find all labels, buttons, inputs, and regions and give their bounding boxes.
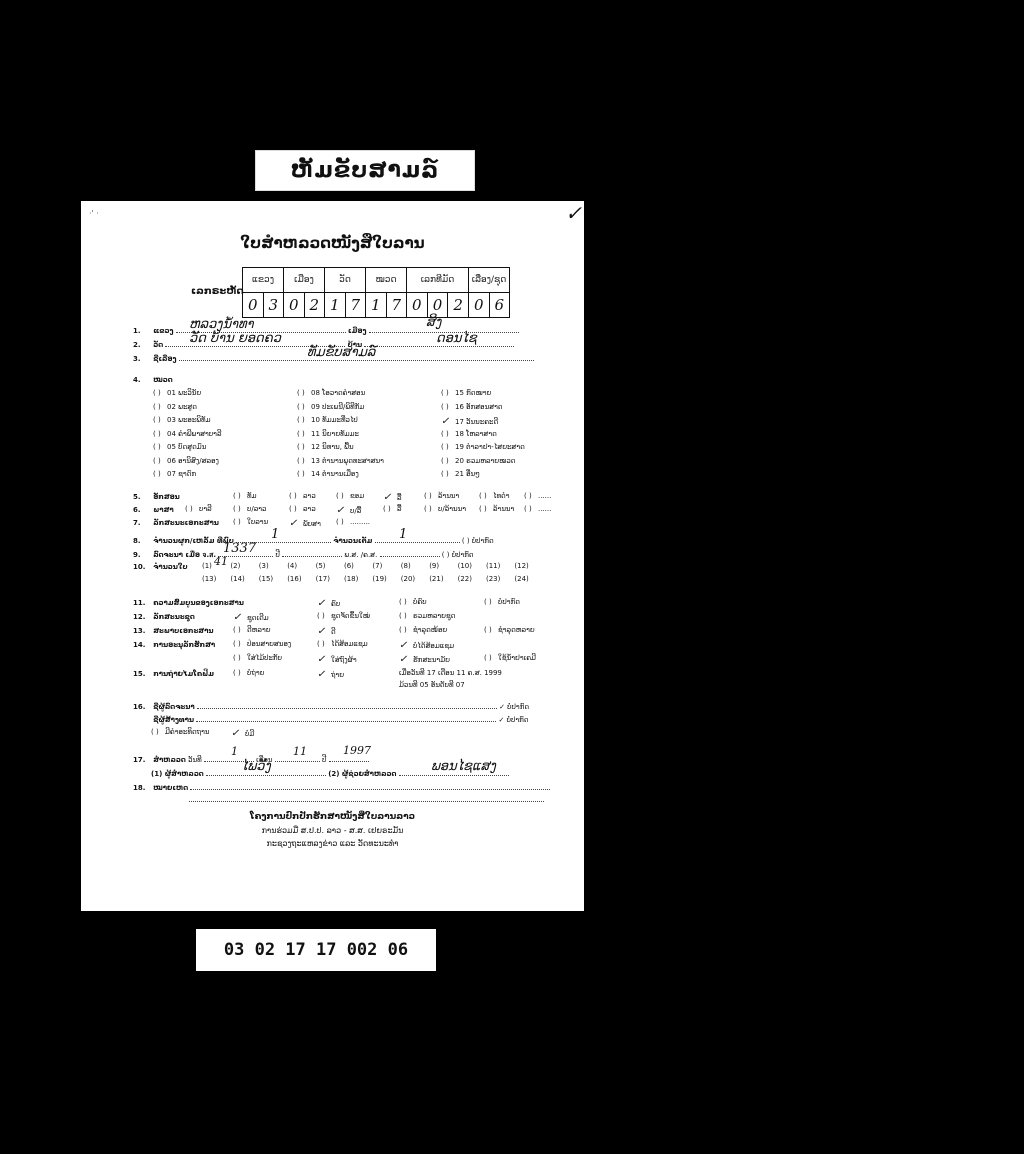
category-option[interactable]: ( )14 ຕຳນານເມືອງ — [297, 470, 359, 478]
checkbox-empty[interactable]: ( ) — [153, 403, 167, 411]
checkbox-empty[interactable]: ( ) — [484, 654, 498, 662]
material-option[interactable]: ✓ພັບສາ — [289, 518, 321, 529]
conservation-option[interactable]: ( )ປ່ອນສາຍສນອງ — [233, 640, 291, 648]
leaves-first-value: 41 — [214, 555, 228, 568]
option-label: ໃບລານ — [247, 518, 268, 526]
check-mark-icon[interactable]: ✓ — [231, 728, 245, 739]
checkbox-empty[interactable]: ( ) — [233, 626, 247, 634]
option-label: 20 ຣວມຫລາຍໝວດ — [455, 457, 515, 465]
field-author-row: 16. ຊື່ຜູ້ລົດຈະນາ ✓ ບໍ່ປາກົດ — [133, 701, 529, 711]
script-option[interactable]: ( )ໄທດຳ — [479, 492, 510, 500]
language-option[interactable]: ( )ລາວ — [289, 505, 316, 513]
category-option[interactable]: ( )10 ທັມມະທີ່ວໄປ — [297, 416, 358, 424]
script-option[interactable]: ( )ລາວ — [289, 492, 316, 500]
footer-cooperation: ການຮ່ວມມື ສ.ປ.ປ. ລາວ - ສ.ສ. ເຢຍຣະມັນ — [81, 824, 584, 837]
microfilm-date: ເມື່ອວັນທີ 17 ເດືອນ 11 ຄ.ສ. 1999 — [399, 669, 502, 677]
code-digit: 2 — [304, 293, 325, 318]
option-label: ລ້ານນາ — [438, 492, 459, 500]
field-donor-row: ຊື່ຜູ້ສ້າງທານ ✓ ບໍ່ປາກົດ — [133, 714, 529, 724]
year-label: ປີ — [276, 551, 280, 559]
form-footer: ໂຄງການປົກປັກຮັກສາໜັງສືໃບລານລາວ ການຮ່ວມມື… — [81, 811, 584, 850]
script-option[interactable]: ( )...... — [524, 492, 551, 500]
author-not-shown-option[interactable]: ✓ ບໍ່ປາກົດ — [499, 703, 529, 711]
category-option[interactable]: ( )03 ພະອະພິທັມ — [153, 416, 211, 424]
option-label: ຣວມຫລາຍຊຸດ — [413, 612, 455, 620]
checkbox-empty[interactable]: ( ) — [399, 598, 413, 606]
option-label: ມີຄຳອະທິດຖານ — [165, 728, 210, 736]
option-label: ຊຳລຸດໜ້ອຍ — [413, 626, 447, 634]
leaf-slot: (12) — [514, 562, 528, 570]
bottom-code-label: 03 02 17 17 002 06 — [196, 929, 436, 971]
option-label: 12 ນິທານ, ພື້ນ — [311, 443, 354, 451]
option-label: ຮັກສະນາມັຍ — [413, 656, 450, 664]
script-option[interactable]: ( )ທັມ — [233, 492, 257, 500]
conservation-option[interactable]: ( )ໃສ່ໄມ້ປະກັບ — [233, 654, 282, 662]
option-label: ບໍ່ຖ່າຍ — [247, 669, 264, 677]
leaves-label: ຈຳນວນໃບ — [153, 563, 187, 571]
checkbox-empty[interactable]: ( ) — [153, 416, 167, 424]
option-label: ໄທດຳ — [493, 492, 510, 500]
option-label: ໃສ່ຖົງຜ້າ — [331, 656, 357, 664]
footer-ministry: ກະຊວງຖະແຫລງຂ່າວ ແລະ ວັດທະນະທຳ — [81, 837, 584, 850]
leaf-slot: (2) — [230, 562, 240, 570]
category-option[interactable]: ( )18 ໂຫລາສາດ — [441, 430, 497, 438]
temple-value: ວັດ ບ້ານ ຍອດຄວ — [189, 331, 281, 346]
option-label: 08 ໂອວາດຄຳສອນ — [311, 389, 365, 397]
form-title: ໃບສຳຫລວດໜັງສືໃບລານ — [81, 234, 584, 252]
assistant-value: ພອນໄຊແສງ — [431, 759, 496, 774]
condition-option[interactable]: ( )ຊຳລຸດຫລາຍ — [484, 626, 535, 634]
checkbox-empty[interactable]: ( ) — [233, 518, 247, 526]
condition-option[interactable]: ( )ຊຳລຸດໜ້ອຍ — [399, 626, 447, 634]
code-digit: 0 — [243, 293, 264, 318]
option-label: ໄດ້ສ້ອມແຊມ — [331, 640, 368, 648]
surveyor-value: ໄພວັງ — [241, 759, 271, 774]
script-label: ອັກສອນ — [153, 493, 180, 501]
checkbox-empty[interactable]: ( ) — [524, 505, 538, 513]
checkbox-empty[interactable]: ( ) — [441, 430, 455, 438]
fascicles-found-label: ຈຳນວນຜູກ/ເຫລັ້ມ ທີ່ພົບ — [153, 537, 234, 545]
surveyor-label: (1) ຜູ້ສຳຫລວດ — [151, 770, 204, 778]
leaf-slot: (13) — [202, 575, 216, 583]
check-mark-icon[interactable]: ✓ — [383, 492, 397, 503]
set-type-option[interactable]: ✓ຊຸດເດີມ — [233, 612, 269, 623]
option-label: ບໍ່ໄດ້ສ້ອມແຊມ — [413, 642, 454, 650]
option-label: ບ/ລາວ — [247, 505, 266, 513]
checkbox-empty[interactable]: ( ) — [297, 443, 311, 451]
microfilm-option[interactable]: ✓ຖ່າຍ — [317, 669, 344, 680]
leaf-slot: (3) — [259, 562, 269, 570]
script-option[interactable]: ✓ລື້ — [383, 492, 402, 503]
category-option[interactable]: ( )12 ນິທານ, ພື້ນ — [297, 443, 354, 451]
option-label: 10 ທັມມະທີ່ວໄປ — [311, 416, 358, 424]
material-label: ລັກສະນະເອກະສານ — [153, 519, 219, 527]
conservation-option[interactable]: ✓ບໍ່ໄດ້ສ້ອມແຊມ — [399, 640, 454, 651]
language-option[interactable]: ( )...... — [524, 505, 551, 513]
language-option[interactable]: ( )ບ/ລາວ — [233, 505, 266, 513]
option-label: ຖ່າຍ — [331, 671, 344, 679]
checkbox-empty[interactable]: ( ) — [441, 403, 455, 411]
option-label: ບໍ່ຄົບ — [413, 598, 427, 606]
option-label: ລື້ — [397, 494, 402, 502]
completeness-label: ຄວາມສົມບູນຂອງເອກະສານ — [153, 599, 244, 607]
field-language-row: 6. ພາສາ — [133, 506, 174, 514]
district-value: ສິງ — [426, 315, 441, 330]
fascicles-total-value: 1 — [399, 527, 407, 542]
checkbox-empty[interactable]: ( ) — [153, 430, 167, 438]
option-label: ພັບສາ — [303, 520, 321, 528]
material-option[interactable]: ( )......... — [336, 518, 370, 526]
check-mark-icon[interactable]: ✓ — [399, 640, 413, 651]
category-option[interactable]: ( )06 ອານິສົງ/ສລອງ — [153, 457, 219, 465]
village-value: ດອນໄຊ — [436, 331, 477, 346]
code-header-title-set: ເລື່ອງ/ຊຸດ — [469, 268, 510, 293]
check-mark-icon[interactable]: ✓ — [336, 505, 350, 516]
check-mark-icon[interactable]: ✓ — [399, 654, 413, 665]
footer-project: ໂຄງການປົກປັກຮັກສາໜັງສືໃບລານລາວ — [81, 811, 584, 824]
leaf-slot: (21) — [429, 575, 443, 583]
option-label: ປ່ອນສາຍສນອງ — [247, 640, 291, 648]
survey-label: ສຳຫລວດ — [153, 756, 186, 764]
field-fascicles-row: 8. ຈຳນວນຜູກ/ເຫລັ້ມ ທີ່ພົບ ຈຳນວນເຕັມ ( ) … — [133, 535, 494, 545]
script-option[interactable]: ( )ລ້ານນາ — [424, 492, 459, 500]
code-digit: 0 — [284, 293, 305, 318]
set-type-label: ລັກສະນະຊຸດ — [153, 613, 195, 621]
option-label: ...... — [538, 492, 551, 500]
option-label: ຊຸດຈັດຂຶ້ນໃໝ່ — [331, 612, 370, 620]
province-value: ຫລວງນ້ຳທາ — [189, 317, 254, 332]
check-mark-icon[interactable]: ✓ — [289, 518, 303, 529]
option-label: 19 ຕຳລາຢາ-ໄສຍະສາດ — [455, 443, 525, 451]
option-label: ບໍ່ມີ — [245, 730, 254, 738]
code-digit: 7 — [386, 293, 407, 318]
checkbox-empty[interactable]: ( ) — [151, 728, 165, 736]
option-label: ບາລີ — [199, 505, 212, 513]
language-option[interactable]: ( )ລ້ານນາ — [479, 505, 514, 513]
checkbox-empty[interactable]: ( ) — [399, 626, 413, 634]
code-digit: 6 — [489, 293, 510, 318]
field-set-type-row: 12. ລັກສະນະຊຸດ — [133, 613, 195, 621]
option-label: 01 ພະວິນັຍ — [167, 389, 201, 397]
checkbox-empty[interactable]: ( ) — [484, 598, 498, 606]
code-digits-row: 0302171700206 — [243, 293, 510, 318]
remarks-line-2 — [189, 794, 544, 804]
condition-option[interactable]: ( )ດີຫລາຍ — [233, 626, 271, 634]
option-label: 05 ບົດສູດມົນ — [167, 443, 206, 451]
field-material-row: 7. ລັກສະນະເອກະສານ — [133, 519, 219, 527]
checkbox-empty[interactable]: ( ) — [233, 492, 247, 500]
donor-label: ຊື່ຜູ້ສ້າງທານ — [153, 716, 194, 724]
option-label: 18 ໂຫລາສາດ — [455, 430, 497, 438]
check-mark-icon[interactable]: ✓ — [233, 612, 247, 623]
remarks-label: ໝາຍເຫດ — [153, 784, 188, 792]
fascicles-found-value: 1 — [271, 527, 279, 542]
corner-check-mark: ✓ — [565, 201, 582, 225]
checkbox-empty[interactable]: ( ) — [317, 612, 331, 620]
conservation-label: ການອະນຸລັກຮັກສາ — [153, 641, 215, 649]
category-option[interactable]: ( )13 ຕຳນານພຸດທະສາສນາ — [297, 457, 384, 465]
checkbox-empty[interactable]: ( ) — [297, 416, 311, 424]
checkbox-empty[interactable]: ( ) — [441, 457, 455, 465]
fascicles-not-shown-option[interactable]: ( ) ບໍ່ປາກົດ — [462, 537, 494, 545]
title-value: ທັມຂັບສາມລ໌ — [307, 345, 375, 360]
set-type-option[interactable]: ( )ຊຸດຈັດຂຶ້ນໃໝ່ — [317, 612, 370, 620]
field-remarks-row: 18. ໝາຍເຫດ — [133, 782, 550, 792]
checkbox-empty[interactable]: ( ) — [524, 492, 538, 500]
option-label: 14 ຕຳນານເມືອງ — [311, 470, 359, 478]
category-option[interactable]: ( )02 ພະສູດ — [153, 403, 197, 411]
leaf-slot: (14) — [230, 575, 244, 583]
check-mark-icon[interactable]: ✓ — [317, 626, 331, 637]
option-label: ບໍ່ປາກົດ — [498, 598, 520, 606]
survey-day-label: ວັນທີ — [188, 756, 202, 764]
language-option[interactable]: ( )ບ/ລ້ານນາ — [424, 505, 466, 513]
code-digit: 1 — [325, 293, 346, 318]
option-label: ດີຫລາຍ — [247, 626, 271, 634]
checkbox-empty[interactable]: ( ) — [336, 518, 350, 526]
checkbox-empty[interactable]: ( ) — [233, 669, 247, 677]
check-mark-icon[interactable]: ✓ — [317, 598, 331, 609]
dedication-option[interactable]: ✓ບໍ່ມີ — [231, 728, 254, 739]
dedication-option[interactable]: ( )ມີຄຳອະທິດຖານ — [151, 728, 210, 736]
fascicles-total-label: ຈຳນວນເຕັມ — [333, 537, 372, 545]
check-mark-icon[interactable]: ✓ — [441, 416, 455, 427]
leaf-slot: (20) — [401, 575, 415, 583]
option-label: 16 ອັກສອນສາດ — [455, 403, 503, 411]
leaf-slot: (24) — [514, 575, 528, 583]
field-date-composed-row: 9. ລົດຈະນາ ເມື່ອ จ.ส. ປີ ພ.ສ. /ຄ.ສ. ( ) … — [133, 549, 474, 561]
option-label: 03 ພະອະພິທັມ — [167, 416, 211, 424]
author-label: ຊື່ຜູ້ລົດຈະນາ — [153, 703, 194, 711]
option-label: ......... — [350, 518, 370, 526]
field-conservation-row: 14. ການອະນຸລັກຮັກສາ — [133, 641, 215, 649]
code-grid: ແຂວງ ເມືອງ ວັດ ໝວດ ເລກທີມັດ ເລື່ອງ/ຊຸດ 0… — [242, 267, 510, 318]
checkbox-empty[interactable]: ( ) — [383, 505, 397, 513]
checkbox-empty[interactable]: ( ) — [297, 470, 311, 478]
checkbox-empty[interactable]: ( ) — [441, 443, 455, 451]
leaf-slot: (16) — [287, 575, 301, 583]
option-label: ບ/ລ້ານນາ — [438, 505, 466, 513]
check-mark-icon[interactable]: ✓ — [317, 654, 331, 665]
option-label: ລາວ — [303, 505, 316, 513]
code-label: ເລກຣະຫັດ — [191, 286, 244, 297]
checkbox-empty[interactable]: ( ) — [289, 505, 303, 513]
code-digit: 0 — [427, 293, 448, 318]
checkbox-empty[interactable]: ( ) — [336, 492, 350, 500]
checkbox-empty[interactable]: ( ) — [289, 492, 303, 500]
option-label: 17 ວັນນະຄະດີ — [455, 418, 498, 426]
category-option[interactable]: ( )19 ຕຳລາຢາ-ໄສຍະສາດ — [441, 443, 525, 451]
microfilm-roll: ມ້ວນທີ 05 ອັນດັບທີ 07 — [399, 681, 465, 689]
checkbox-empty[interactable]: ( ) — [233, 640, 247, 648]
checkbox-empty[interactable]: ( ) — [424, 492, 438, 500]
option-label: ດີ — [331, 628, 336, 636]
survey-year-value: 1997 — [343, 744, 371, 757]
checkbox-empty[interactable]: ( ) — [185, 505, 199, 513]
leaf-slot: (10) — [458, 562, 472, 570]
language-option[interactable]: ( )ບາລີ — [185, 505, 212, 513]
checkbox-empty[interactable]: ( ) — [424, 505, 438, 513]
option-label: ທັມ — [247, 492, 257, 500]
category-option[interactable]: ( )11 ນິຍາຍທັມມະ — [297, 430, 359, 438]
option-label: ລື້ — [397, 505, 402, 513]
checkbox-empty[interactable]: ( ) — [153, 443, 167, 451]
option-label: ໃສ່ໄມ້ປະກັບ — [247, 654, 282, 662]
option-label: 06 ອານິສົງ/ສລອງ — [167, 457, 219, 465]
checkbox-empty[interactable]: ( ) — [297, 457, 311, 465]
checkbox-empty[interactable]: ( ) — [317, 640, 331, 648]
leaf-slot: (23) — [486, 575, 500, 583]
checkbox-empty[interactable]: ( ) — [297, 403, 311, 411]
category-option[interactable]: ✓17 ວັນນະຄະດີ — [441, 416, 498, 427]
temple-label: ວັດ — [153, 341, 163, 349]
option-label: 13 ຕຳນານພຸດທະສາສນາ — [311, 457, 384, 465]
donor-not-shown-option[interactable]: ✓ ບໍ່ປາກົດ — [499, 716, 529, 724]
checkbox-empty[interactable]: ( ) — [399, 612, 413, 620]
category-option[interactable]: ( )04 ຄຳພີພາສາບາລີ — [153, 430, 222, 438]
checkbox-empty[interactable]: ( ) — [441, 389, 455, 397]
leaf-slot: (11) — [486, 562, 500, 570]
leaf-slot: (4) — [287, 562, 297, 570]
era-label: ພ.ສ. /ຄ.ສ. — [344, 551, 377, 559]
code-header-district: ເມືອງ — [284, 268, 325, 293]
check-mark-icon[interactable]: ✓ — [317, 669, 331, 680]
script-option[interactable]: ( )ຂອມ — [336, 492, 364, 500]
option-label: 21 ອື່ນໆ — [455, 470, 480, 478]
category-option[interactable]: ( )21 ອື່ນໆ — [441, 470, 480, 478]
leaf-slot: (15) — [259, 575, 273, 583]
province-label: ແຂວງ — [153, 327, 173, 335]
option-label: ລ້ານນາ — [493, 505, 514, 513]
leaf-slot: (8) — [401, 562, 411, 570]
checkbox-empty[interactable]: ( ) — [153, 457, 167, 465]
checkbox-empty[interactable]: ( ) — [233, 505, 247, 513]
category-option[interactable]: ( )08 ໂອວາດຄຳສອນ — [297, 389, 365, 397]
material-option[interactable]: ( )ໃບລານ — [233, 518, 268, 526]
field-leaves-row: 10. ຈຳນວນໃບ — [133, 563, 188, 571]
category-option[interactable]: ( )16 ອັກສອນສາດ — [441, 403, 503, 411]
field-category-row: 4. ໝວດ — [133, 376, 173, 384]
conservation-option[interactable]: ✓ຮັກສະນາມັຍ — [399, 654, 450, 665]
top-title-label: ຫັມຂັບສາມລ໌ — [255, 150, 475, 191]
checkbox-empty[interactable]: ( ) — [297, 389, 311, 397]
set-type-option[interactable]: ( )ຣວມຫລາຍຊຸດ — [399, 612, 455, 620]
code-header-bundle-no: ເລກທີມັດ — [407, 268, 469, 293]
option-label: ຂອມ — [350, 492, 364, 500]
option-label: 07 ຊາດົກ — [167, 470, 196, 478]
code-digit: 0 — [407, 293, 428, 318]
date-not-shown-option[interactable]: ( ) ບໍ່ປາກົດ — [442, 551, 474, 559]
option-label: ບ/ລື້ — [350, 507, 361, 515]
category-option[interactable]: ( )20 ຣວມຫລາຍໝວດ — [441, 457, 515, 465]
scan-specks: ·' · — [89, 209, 99, 218]
leaf-slot: (18) — [344, 575, 358, 583]
survey-day-value: 1 — [231, 745, 238, 758]
category-option[interactable]: ( )05 ບົດສູດມົນ — [153, 443, 206, 451]
code-header-province: ແຂວງ — [243, 268, 284, 293]
completeness-option[interactable]: ( )ບໍ່ຄົບ — [399, 598, 427, 606]
checkbox-empty[interactable]: ( ) — [233, 654, 247, 662]
category-option[interactable]: ( )01 ພະວິນັຍ — [153, 389, 201, 397]
completeness-option[interactable]: ( )ບໍ່ປາກົດ — [484, 598, 520, 606]
field-script-row: 5. ອັກສອນ — [133, 493, 180, 501]
code-digit: 2 — [448, 293, 469, 318]
option-label: 11 ນິຍາຍທັມມະ — [311, 430, 359, 438]
microfilm-label: ການຖ່າຍໄມໂຄຟິມ — [153, 670, 214, 678]
checkbox-empty[interactable]: ( ) — [479, 492, 493, 500]
leaf-slot: (17) — [316, 575, 330, 583]
code-digit: 7 — [345, 293, 366, 318]
leaf-slot: (6) — [344, 562, 354, 570]
date-composed-value: 1337 — [223, 541, 256, 556]
title-label: ຊື່ເລື່ອງ — [153, 355, 176, 363]
district-label: ເມືອງ — [348, 327, 367, 335]
code-header-temple: ວັດ — [325, 268, 366, 293]
option-label: 02 ພະສູດ — [167, 403, 197, 411]
leaf-slot: (9) — [429, 562, 439, 570]
field-microfilm-row: 15. ການຖ່າຍໄມໂຄຟິມ — [133, 670, 214, 678]
survey-form-page: ·' · ✓ ໃບສຳຫລວດໜັງສືໃບລານ ເລກຣະຫັດ ແຂວງ … — [81, 201, 584, 911]
checkbox-empty[interactable]: ( ) — [153, 389, 167, 397]
checkbox-empty[interactable]: ( ) — [441, 470, 455, 478]
condition-label: ສະພາບເອກະສານ — [153, 627, 213, 635]
language-option[interactable]: ( )ລື້ — [383, 505, 402, 513]
category-option[interactable]: ( )07 ຊາດົກ — [153, 470, 196, 478]
field-condition-row: 13. ສະພາບເອກະສານ — [133, 627, 213, 635]
leaf-slot: (7) — [372, 562, 382, 570]
option-label: ...... — [538, 505, 551, 513]
code-digit: 1 — [366, 293, 387, 318]
completeness-option[interactable]: ✓ຄົບ — [317, 598, 340, 609]
category-label: ໝວດ — [153, 376, 172, 384]
option-label: 15 ກົດໝາຍ — [455, 389, 491, 397]
option-label: ຄົບ — [331, 600, 340, 608]
option-label: ຊຸດເດີມ — [247, 614, 269, 622]
leaf-slot: (1) — [202, 562, 212, 570]
code-header-category: ໝວດ — [366, 268, 407, 293]
checkbox-empty[interactable]: ( ) — [484, 626, 498, 634]
language-option[interactable]: ✓ບ/ລື້ — [336, 505, 361, 516]
survey-month-value: 11 — [293, 745, 307, 758]
checkbox-empty[interactable]: ( ) — [297, 430, 311, 438]
field-completeness-row: 11. ຄວາມສົມບູນຂອງເອກະສານ — [133, 599, 244, 607]
option-label: 09 ປະເພນີ/ພິທີກັມ — [311, 403, 364, 411]
category-option[interactable]: ( )15 ກົດໝາຍ — [441, 389, 491, 397]
code-digit: 3 — [263, 293, 284, 318]
leaf-slot: (22) — [458, 575, 472, 583]
code-digit: 0 — [469, 293, 490, 318]
option-label: ຊຳລຸດຫລາຍ — [498, 626, 535, 634]
conservation-option[interactable]: ( )ໃຊ້ນ້ຳຢາເຄມີ — [484, 654, 536, 662]
assistant-label: (2) ຜູ້ຊ່ວຍສຳຫລວດ — [328, 770, 396, 778]
option-label: ລາວ — [303, 492, 316, 500]
survey-year-label: ປີ — [322, 756, 326, 764]
category-option[interactable]: ( )09 ປະເພນີ/ພິທີກັມ — [297, 403, 364, 411]
option-label: ໃຊ້ນ້ຳຢາເຄມີ — [498, 654, 536, 662]
conservation-option[interactable]: ( )ໄດ້ສ້ອມແຊມ — [317, 640, 368, 648]
checkbox-empty[interactable]: ( ) — [153, 470, 167, 478]
microfilm-option[interactable]: ( )ບໍ່ຖ່າຍ — [233, 669, 264, 677]
leaf-slot: (5) — [316, 562, 326, 570]
conservation-option[interactable]: ✓ໃສ່ຖົງຜ້າ — [317, 654, 357, 665]
option-label: 04 ຄຳພີພາສາບາລີ — [167, 430, 222, 438]
checkbox-empty[interactable]: ( ) — [479, 505, 493, 513]
date-composed-label: ລົດຈະນາ ເມື່ອ จ.ส. — [153, 551, 216, 559]
condition-option[interactable]: ✓ດີ — [317, 626, 336, 637]
language-label: ພາສາ — [153, 506, 173, 514]
leaf-slot: (19) — [372, 575, 386, 583]
